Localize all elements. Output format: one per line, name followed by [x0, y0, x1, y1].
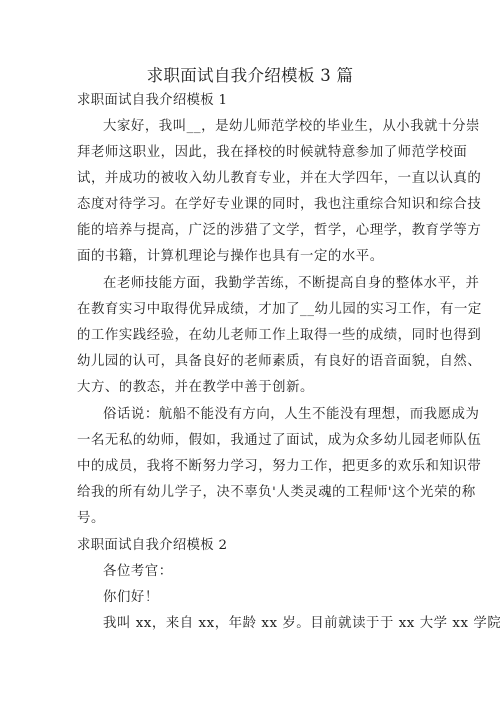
paragraph-line: 能的培养与提高，广泛的涉猎了文学，哲学，心理学，教育学等方 [77, 221, 437, 241]
paragraph-line: 幼儿园的认可，具备良好的老师素质，有良好的语音面貌，自然、 [77, 352, 437, 372]
paragraph-line: 你们好！ [103, 588, 463, 608]
paragraph-line: 在老师技能方面，我勤学苦练，不断提高自身的整体水平，并 [103, 274, 463, 294]
section-heading-1: 求职面试自我介绍模板 1 [77, 91, 437, 111]
paragraph-line: 态度对待学习。在学好专业课的同时，我也注重综合知识和综合技 [77, 195, 437, 215]
paragraph-line: 中的成员，我将不断努力学习，努力工作，把更多的欢乐和知识带 [77, 457, 437, 477]
paragraph-line: 俗话说：航船不能没有方向，人生不能没有理想，而我愿成为 [103, 405, 463, 425]
document-page: 求职面试自我介绍模板 3 篇 求职面试自我介绍模板 1 大家好，我叫__，是幼儿… [0, 0, 500, 707]
paragraph-line: 拜老师这职业，因此，我在择校的时候就特意参加了师范学校面 [77, 143, 437, 163]
paragraph-line: 大家好，我叫__，是幼儿师范学校的毕业生，从小我就十分崇 [103, 117, 463, 137]
paragraph-line: 给我的所有幼儿学子，决不辜负'人类灵魂的工程师'这个光荣的称 [77, 483, 437, 503]
paragraph-line: 一名无私的幼师，假如，我通过了面试，成为众多幼儿园老师队伍 [77, 431, 437, 451]
paragraph-line: 试，并成功的被收入幼儿教育专业，并在大学四年，一直以认真的 [77, 169, 437, 189]
paragraph-line: 号。 [77, 509, 437, 529]
document-title: 求职面试自我介绍模板 3 篇 [0, 62, 500, 86]
paragraph-line: 的工作实践经验，在幼儿老师工作上取得一些的成绩，同时也得到 [77, 326, 437, 346]
paragraph-line: 大方、的教态，并在教学中善于创新。 [77, 378, 437, 398]
paragraph-line: 面的书籍，计算机理论与操作也具有一定的水平。 [77, 247, 437, 267]
paragraph-line: 我叫 xx，来自 xx，年龄 xx 岁。目前就读于于 xx 大学 xx 学院， [103, 614, 463, 634]
paragraph-line: 各位考官： [103, 562, 463, 582]
paragraph-line: 在教育实习中取得优异成绩，才加了__幼儿园的实习工作，有一定 [77, 300, 437, 320]
section-heading-2: 求职面试自我介绍模板 2 [77, 536, 437, 556]
